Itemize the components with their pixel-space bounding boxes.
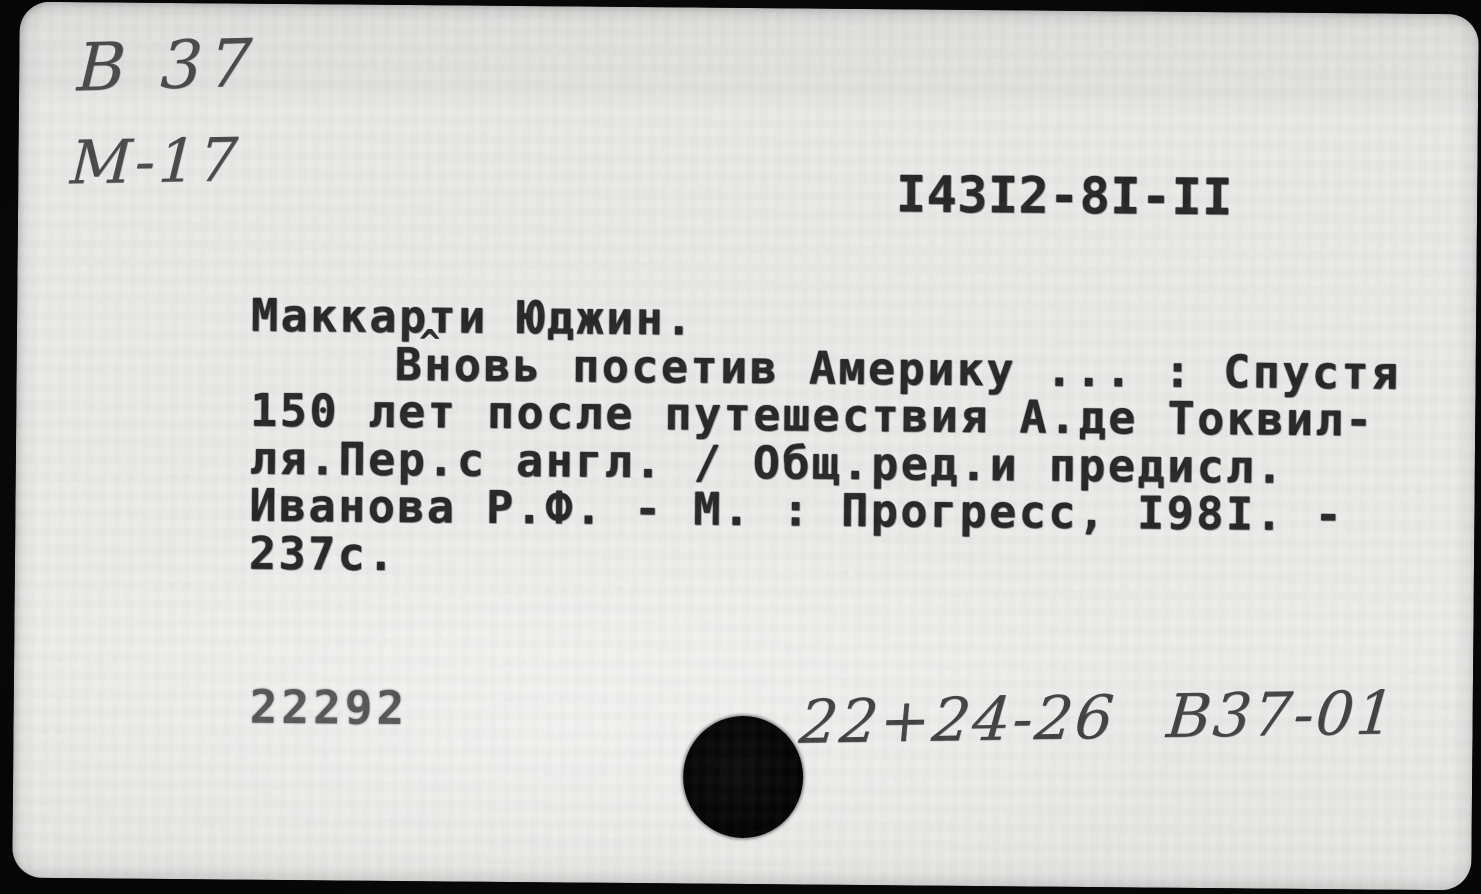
handwritten-price-note: 22+24-26 xyxy=(797,683,1119,758)
handwritten-class-code: В 37 xyxy=(76,25,261,107)
photo-background: В 37 М-17 I43I2-8I-II Маккарти Юджин. Вн… xyxy=(0,0,1481,894)
card-punch-hole xyxy=(683,715,804,838)
handwritten-shelf-note: В37-01 xyxy=(1164,678,1399,752)
entry-pagination-line: 237с. xyxy=(249,529,1400,587)
accession-number-stamp: 22292 xyxy=(249,680,408,735)
handwritten-author-mark: М-17 xyxy=(69,125,243,198)
handwritten-bottom-note: 22+24-26В37-01 xyxy=(797,678,1400,757)
catalog-card: В 37 М-17 I43I2-8I-II Маккарти Юджин. Вн… xyxy=(12,2,1479,891)
typewriter-overstrike-caret: ^ xyxy=(419,323,441,364)
typed-index-number: I43I2-8I-II xyxy=(896,165,1233,226)
